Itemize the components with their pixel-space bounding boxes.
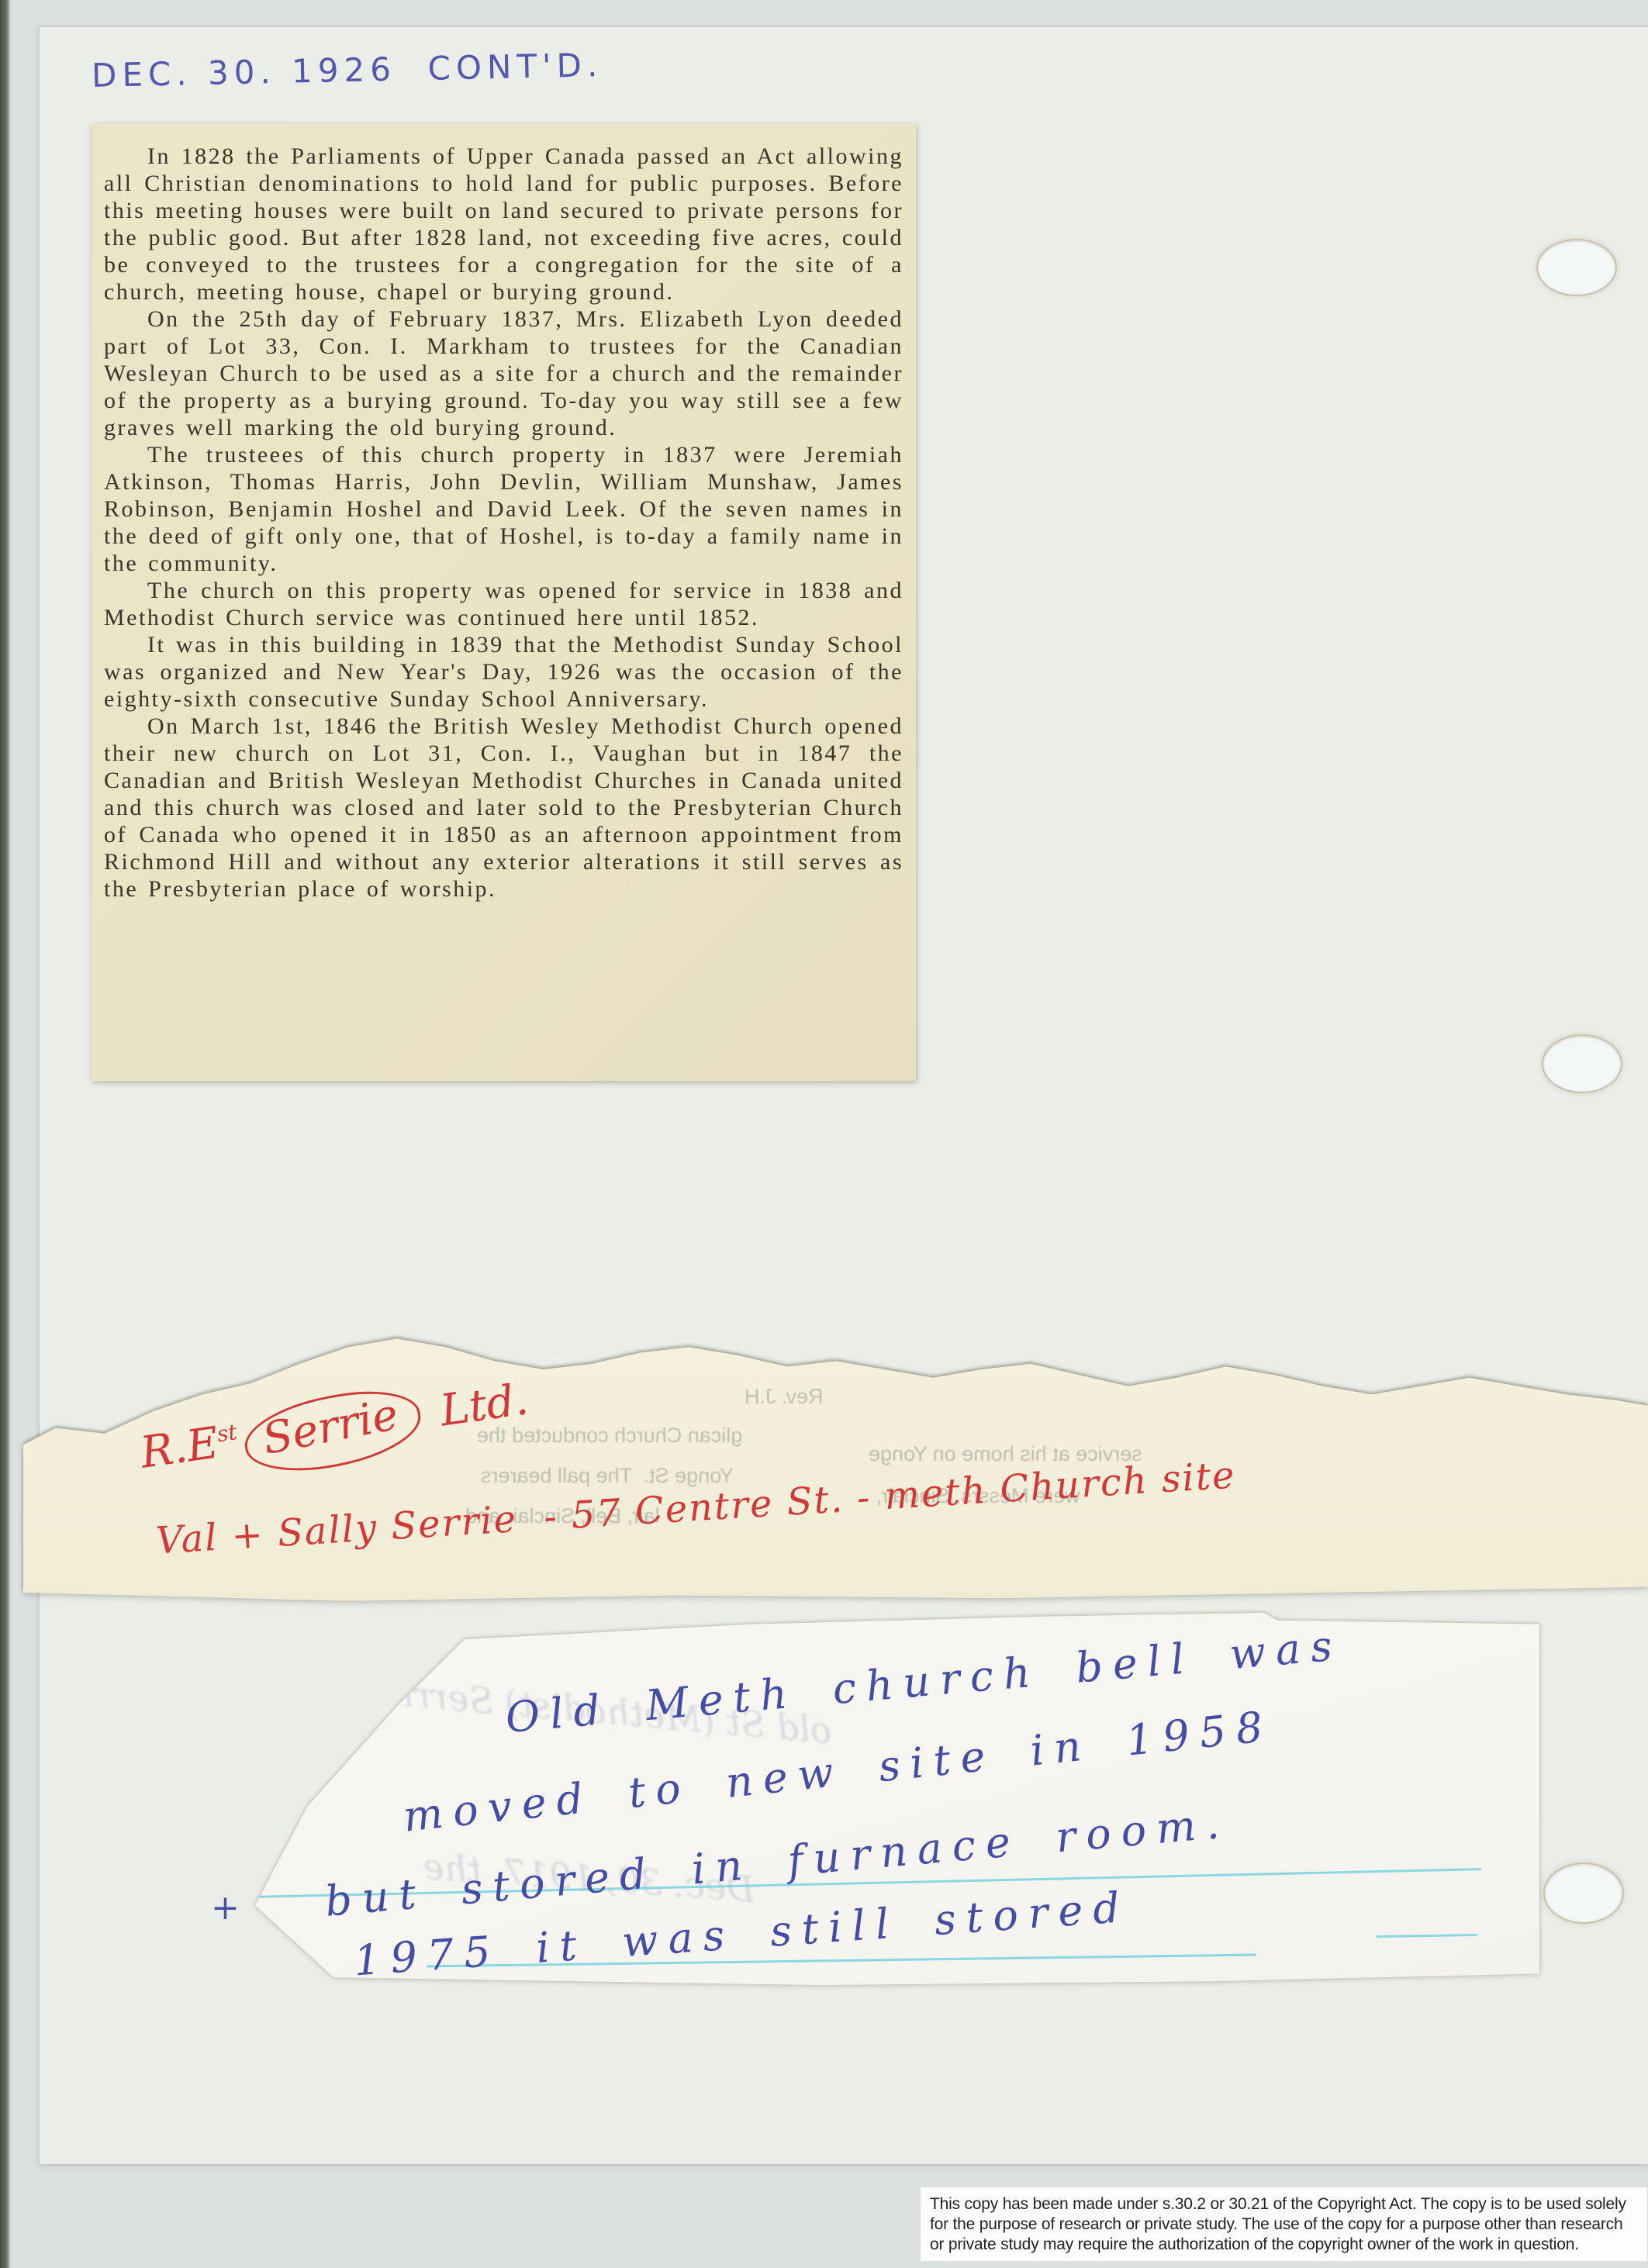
copyright-notice: This copy has been made under s.30.2 or … — [920, 2187, 1648, 2262]
punch-hole — [1543, 1036, 1621, 1092]
clipping-paragraph: On March 1st, 1846 the British Wesley Me… — [104, 713, 903, 903]
clipping-paragraph: In 1828 the Parliaments of Upper Canada … — [104, 143, 903, 306]
newspaper-clipping: In 1828 the Parliaments of Upper Canada … — [92, 124, 916, 1081]
ruled-line — [1377, 1934, 1477, 1938]
plus-mark: + — [211, 1888, 240, 1928]
punch-hole — [1538, 240, 1615, 295]
scanned-archive-page: { "header": { "date_annotation": "DEC. 3… — [0, 0, 1648, 2268]
bleed-through-text: Yonge St. The pall bearers — [481, 1464, 734, 1488]
right-note-paper-shadow: 10:00 2:30 4:30 11:00 1:30 12:30 2:00 U.… — [964, 425, 1584, 785]
torn-strip: Rev. J.H glican Church conducted the Yon… — [23, 1327, 1648, 1607]
punch-hole — [1545, 1864, 1622, 1922]
clipping-paragraph: The church on this property was opened f… — [104, 577, 903, 631]
clipping-paragraph: On the 25th day of February 1837, Mrs. E… — [104, 306, 903, 441]
scanner-edge-shadow — [0, 0, 11, 2268]
torn-strip-shadow: Rev. J.H glican Church conducted the Yon… — [23, 1327, 1648, 1607]
bleed-through-text: Rev. J.H — [745, 1385, 824, 1409]
clipping-paragraph: It was in this building in 1839 that the… — [104, 631, 903, 713]
superscript: st — [216, 1419, 239, 1447]
bottom-note-shadow: old St (Methodist) Serrie Schl Dec. 30, … — [229, 1609, 1539, 1989]
circled-name: Serrie — [239, 1379, 427, 1483]
business-name-line: R.EstSerrie Ltd. — [136, 1369, 533, 1493]
copyright-text: This copy has been made under s.30.2 or … — [930, 2194, 1638, 2255]
bleed-through-text: Turbl — [320, 1618, 413, 1666]
church-bell-note: old St (Methodist) Serrie Schl Dec. 30, … — [229, 1609, 1539, 1989]
clipping-paragraph: The trusteees of this church property in… — [104, 441, 903, 577]
